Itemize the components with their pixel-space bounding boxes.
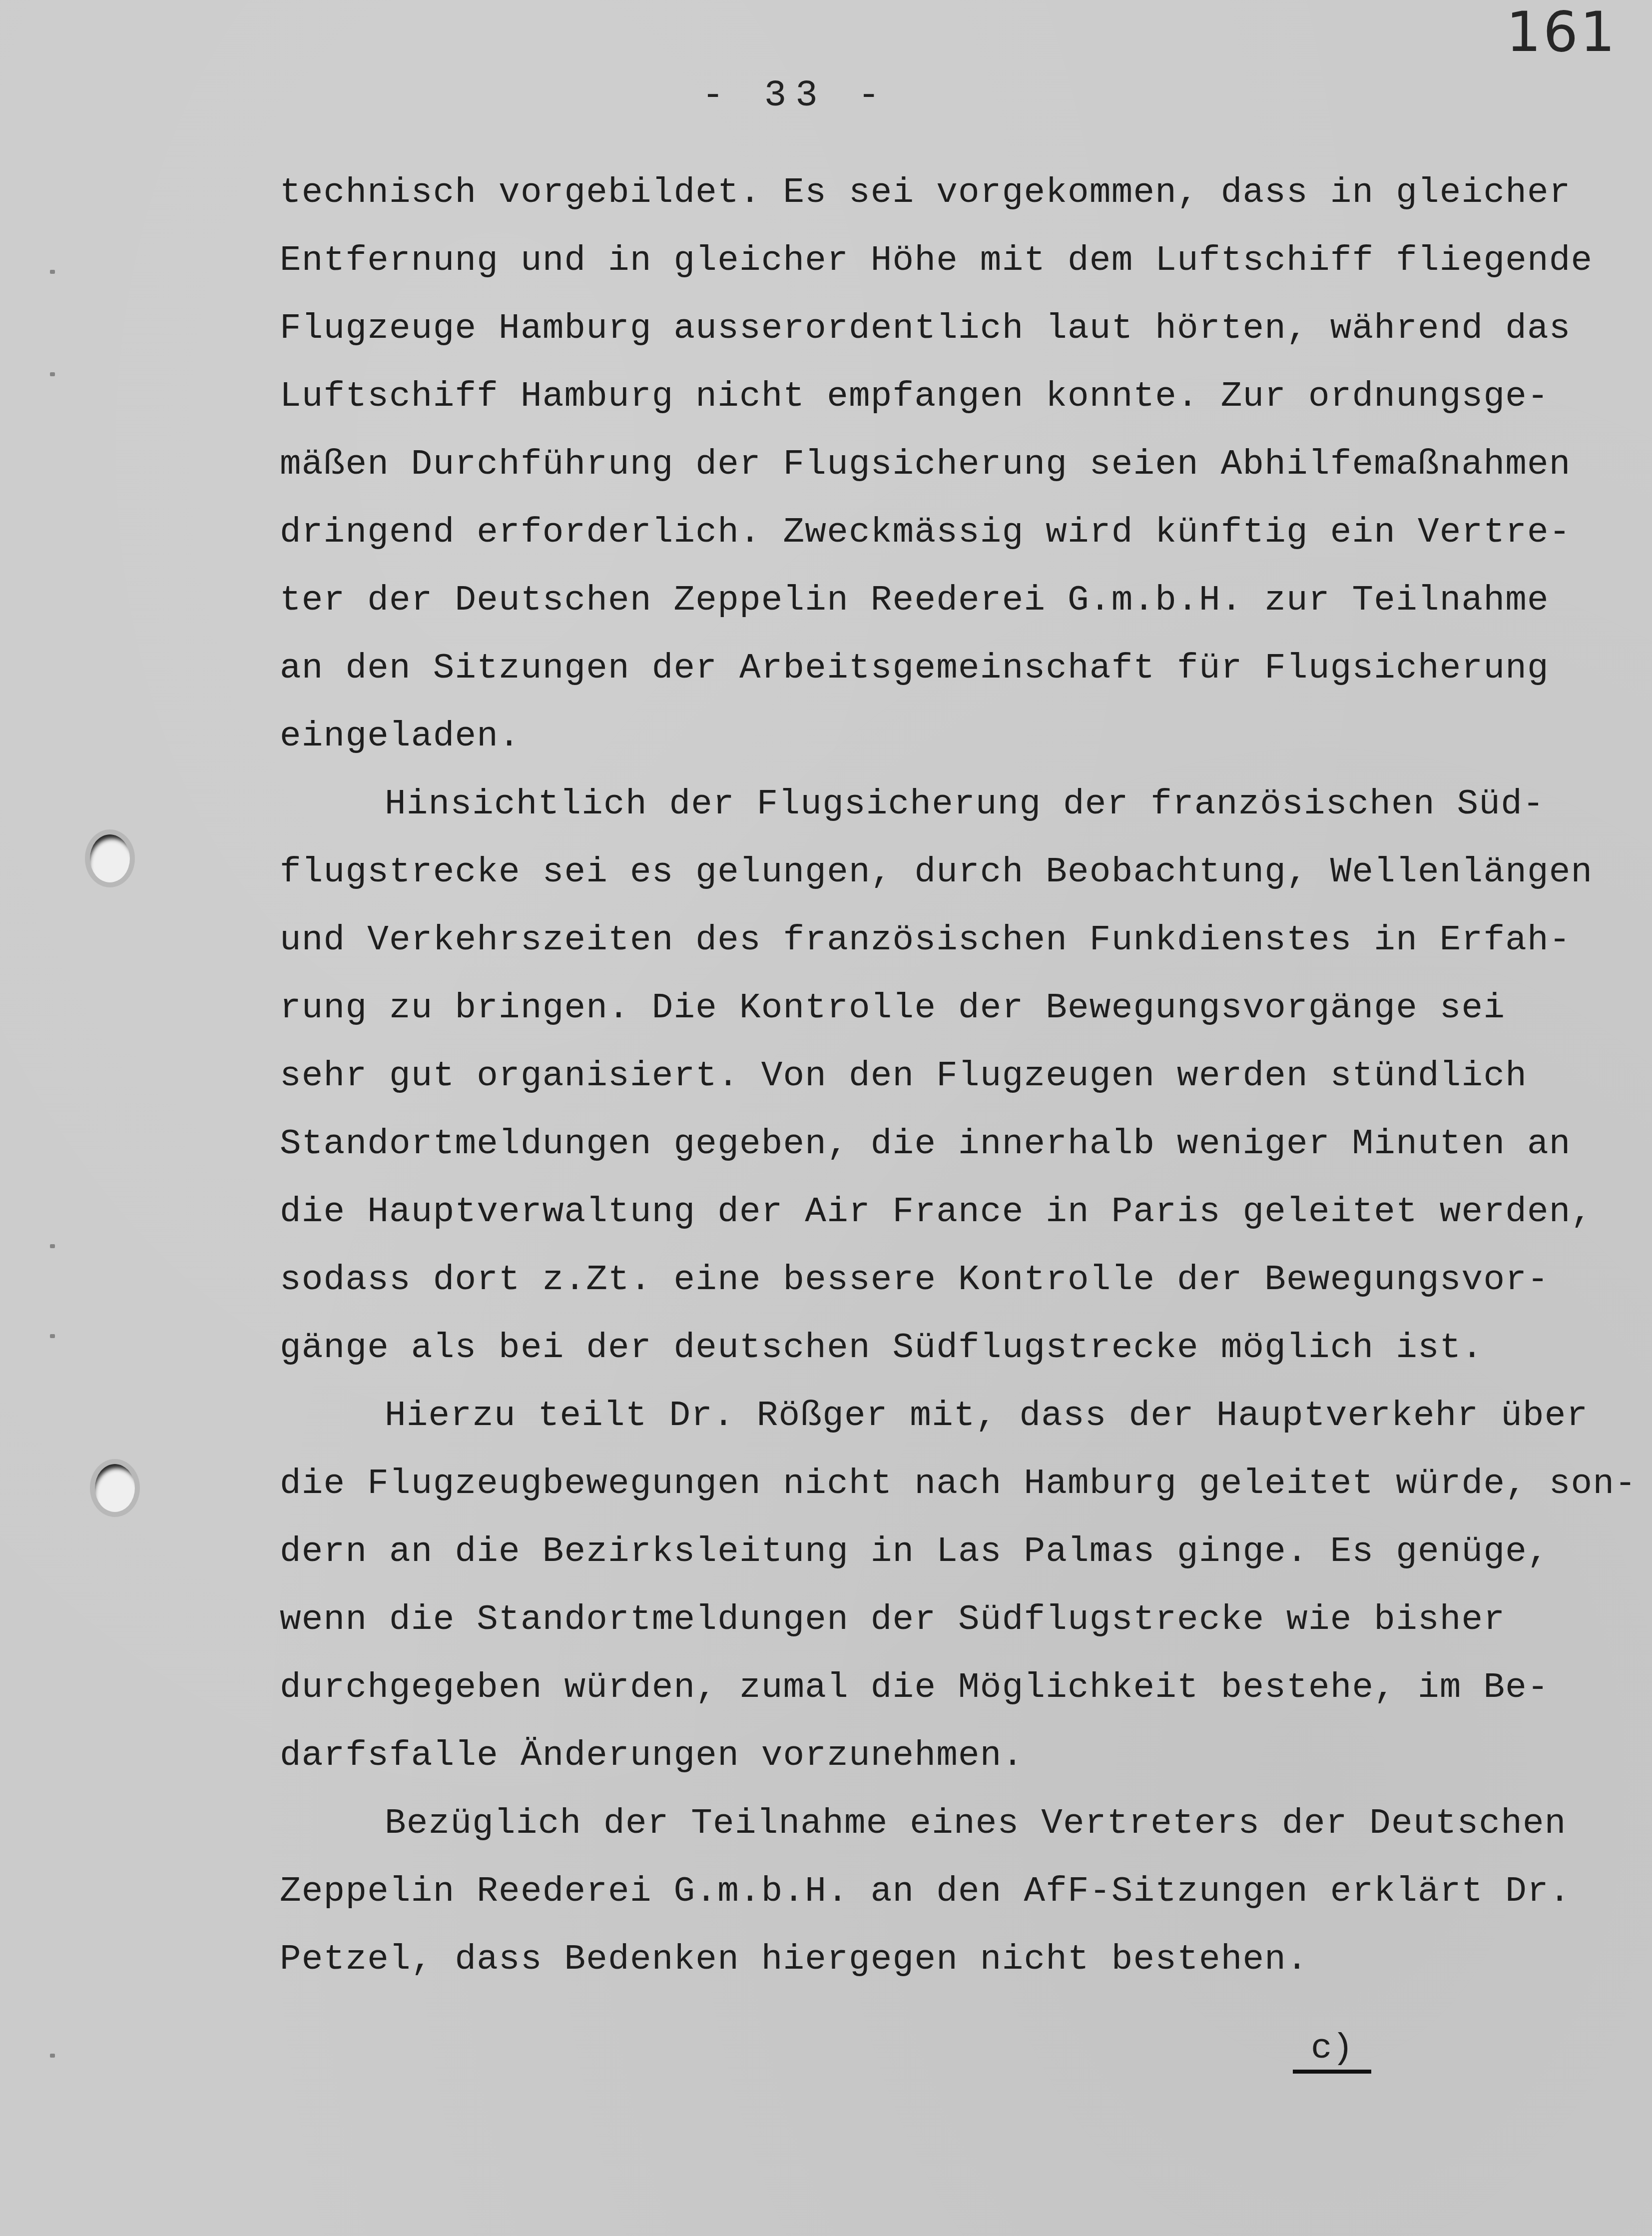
text-line: und Verkehrszeiten des französischen Fun… <box>280 906 1559 974</box>
text-line: die Hauptverwaltung der Air France in Pa… <box>280 1178 1559 1246</box>
text-line: Hierzu teilt Dr. Rößger mit, dass der Ha… <box>280 1382 1559 1450</box>
paragraph: Hinsichtlich der Flugsicherung der franz… <box>280 770 1559 1382</box>
text-line: dern an die Bezirksleitung in Las Palmas… <box>280 1518 1559 1586</box>
paragraph: technisch vorgebildet. Es sei vorgekomme… <box>280 159 1559 770</box>
text-line: Petzel, dass Bedenken hiergegen nicht be… <box>280 1926 1559 1994</box>
text-line: an den Sitzungen der Arbeitsgemeinschaft… <box>280 635 1559 703</box>
text-line: Entfernung und in gleicher Höhe mit dem … <box>280 227 1559 295</box>
next-section-marker: c) <box>1293 2029 1371 2074</box>
text-line: Luftschiff Hamburg nicht empfangen konnt… <box>280 363 1559 431</box>
text-line: darfsfalle Änderungen vorzunehmen. <box>280 1722 1559 1790</box>
scanned-page: 161 - 33 - technisch vorgebildet. Es sei… <box>0 0 1652 2236</box>
text-line: rung zu bringen. Die Kontrolle der Beweg… <box>280 974 1559 1042</box>
text-line: flugstrecke sei es gelungen, durch Beoba… <box>280 838 1559 906</box>
text-line: dringend erforderlich. Zweckmässig wird … <box>280 499 1559 567</box>
margin-speck <box>50 1244 55 1248</box>
margin-speck <box>50 1334 55 1338</box>
margin-speck <box>50 270 55 274</box>
text-line: die Flugzeugbewegungen nicht nach Hambur… <box>280 1450 1559 1518</box>
punch-hole-top <box>90 834 130 882</box>
paragraph: Hierzu teilt Dr. Rößger mit, dass der Ha… <box>280 1382 1559 1790</box>
text-line: Flugzeuge Hamburg ausserordentlich laut … <box>280 295 1559 363</box>
text-line: gänge als bei der deutschen Südflugstrec… <box>280 1314 1559 1382</box>
text-line: sehr gut organisiert. Von den Flugzeugen… <box>280 1042 1559 1110</box>
text-line: Standortmeldungen gegeben, die innerhalb… <box>280 1110 1559 1178</box>
text-line: wenn die Standortmeldungen der Südflugst… <box>280 1586 1559 1654</box>
paragraph: Bezüglich der Teilnahme eines Vertreters… <box>280 1790 1559 1994</box>
text-line: mäßen Durchführung der Flugsicherung sei… <box>280 431 1559 499</box>
text-line: technisch vorgebildet. Es sei vorgekomme… <box>280 159 1559 227</box>
text-line: sodass dort z.Zt. eine bessere Kontrolle… <box>280 1246 1559 1314</box>
text-line: durchgegeben würden, zumal die Möglichke… <box>280 1654 1559 1722</box>
punch-hole-bottom <box>95 1464 135 1512</box>
text-line: ter der Deutschen Zeppelin Reederei G.m.… <box>280 567 1559 635</box>
margin-speck <box>50 372 55 376</box>
document-body: technisch vorgebildet. Es sei vorgekomme… <box>280 159 1559 1994</box>
archive-folio-number: 161 <box>1506 0 1617 64</box>
margin-speck <box>50 2054 55 2058</box>
page-number: - 33 - <box>702 75 889 117</box>
text-line: eingeladen. <box>280 703 1559 770</box>
paragraph-container: technisch vorgebildet. Es sei vorgekomme… <box>280 159 1559 1994</box>
text-line: Hinsichtlich der Flugsicherung der franz… <box>280 770 1559 838</box>
text-line: Bezüglich der Teilnahme eines Vertreters… <box>280 1790 1559 1858</box>
text-line: Zeppelin Reederei G.m.b.H. an den AfF-Si… <box>280 1858 1559 1926</box>
